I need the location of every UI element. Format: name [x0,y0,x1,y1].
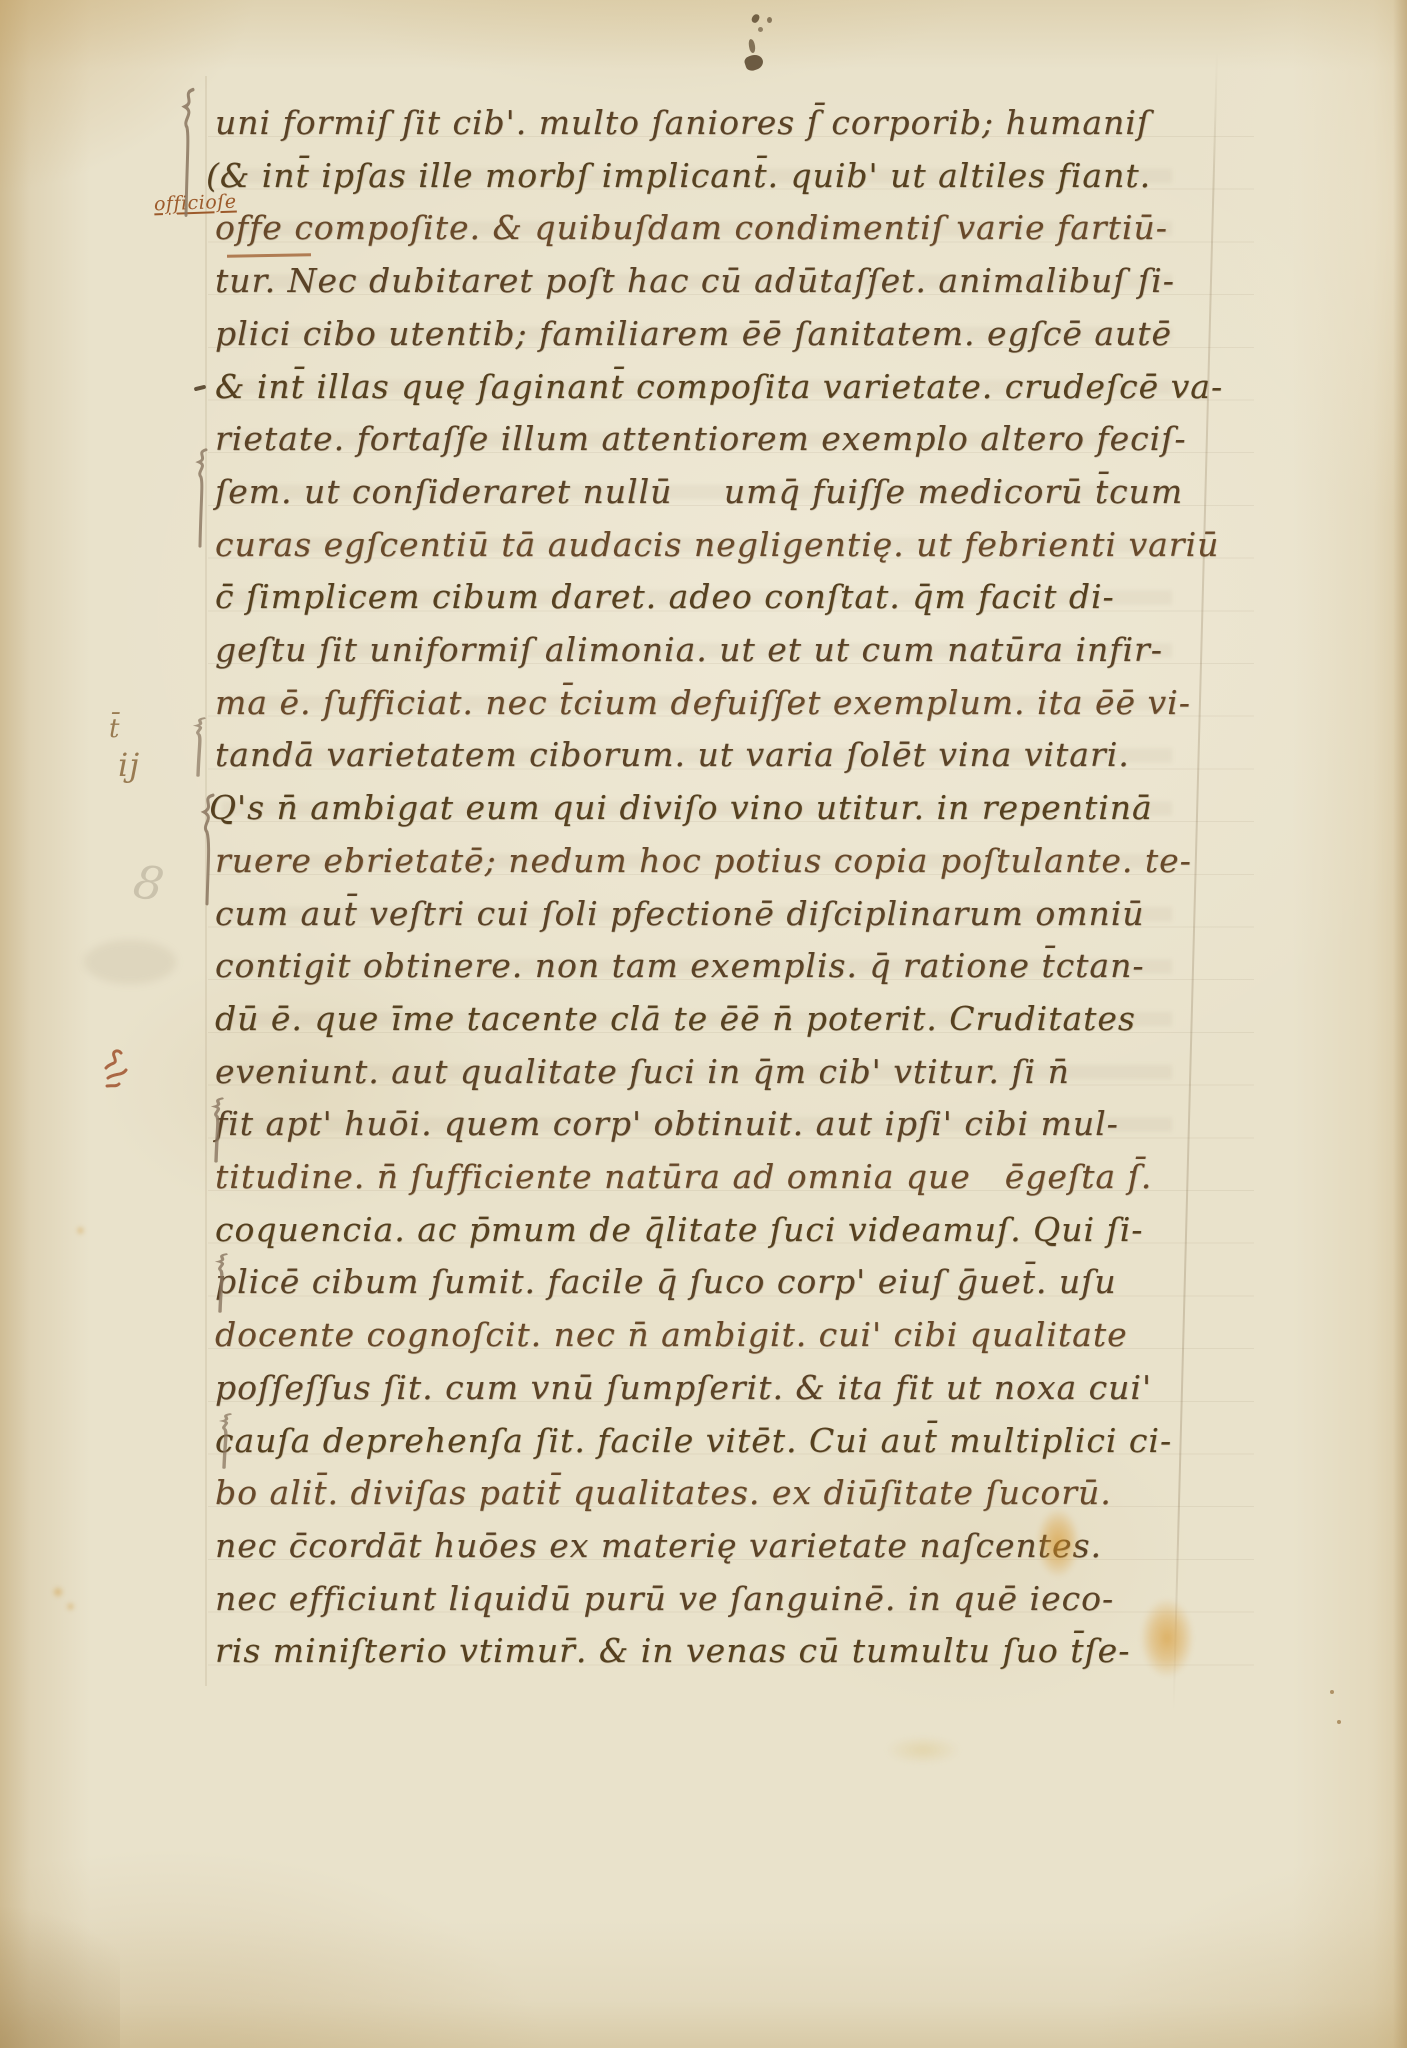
paragraph-mark-icon [210,1252,234,1314]
text-line: cum aut̄ veſtri cui ſoli pfectionē diſci… [215,891,1145,937]
manuscript-page: uni formiſ ſit cib'. multo ſaniores ſ̄ c… [0,0,1407,2048]
text-line: bo alit̄. diviſas patit̄ qualitates. ex … [215,1470,1112,1516]
text-line: tandā varietatem ciborum. ut varia ſolēt… [215,732,1130,778]
text-line: plicē cibum ſumit. facile q̄ ſuco corp' … [215,1259,1117,1305]
page-edge-shading [1393,0,1407,2048]
text-line: uni formiſ ſit cib'. multo ſaniores ſ̄ c… [215,100,1150,146]
stain [76,1226,85,1235]
text-line: ma ē. ſufficiat. nec t̄cium defuiſſet ex… [215,680,1191,726]
text-line: tur. Nec dubitaret poſt hac cū adūtaſſet… [215,258,1175,304]
text-line: & int̄ illas quę ſaginant̄ compoſita var… [215,364,1223,410]
text-line: nec efficiunt liquidū purū ve ſanguinē. … [215,1576,1114,1622]
text-line: geſtu ſit uniformiſ alimonia. ut et ut c… [215,627,1163,673]
text-line: Q's n̄ ambigat eum qui diviſo vino utitu… [209,785,1153,831]
text-line: titudine. n̄ ſufficiente natūra ad omnia… [215,1154,1152,1200]
text-line: ris miniſterio vtimur̄. & in venas cū tu… [215,1628,1130,1674]
margin-doodle: 8 [130,854,168,912]
text-line: coquencia. ac p̄mum de q̄litate ſuci vid… [215,1207,1143,1253]
margin-dash-mark [194,385,207,392]
text-line: plici cibo utentib; familiarem ēē ſanita… [215,311,1172,357]
margin-note: t̄ [109,716,120,742]
ink-blot [736,8,786,78]
paragraph-mark-icon [206,1096,230,1164]
paragraph-mark-icon [176,86,200,220]
stain [1140,1598,1194,1678]
page-corner-shading [0,1860,120,2048]
text-line: c̄ ſimplicem cibum daret. adeo conſtat. … [215,574,1115,620]
speck [1337,1720,1341,1724]
text-line: offe compoſite. & quibuſdam condimentiſ … [215,205,1168,251]
margin-note: ij [118,752,140,778]
text-line: contigit obtinere. non tam exemplis. q̄ … [215,943,1145,989]
text-line: cauſa deprehenſa ſit. facile vitēt. Cui … [215,1418,1172,1464]
speck [1330,1690,1334,1694]
text-line: dū ē. que īme tacente clā te ēē n̄ poter… [215,996,1136,1042]
text-line: poſſeſſus ſit. cum vnū ſumpſerit. & ita … [215,1365,1152,1411]
text-line: curas egſcentiū tā audacis negligentię. … [215,522,1219,568]
text-line: docente cognoſcit. nec n̄ ambigit. cui' … [215,1312,1128,1358]
text-line: rietate. fortaſſe illum attentiorem exem… [215,416,1187,462]
paragraph-mark-icon [190,446,214,550]
paragraph-mark-icon [214,1412,238,1470]
paragraph-mark-icon [188,716,212,778]
margin-smudge [84,940,176,984]
paragraph-mark-icon [196,792,220,908]
text-line: (& int̄ ipſas ille morbſ implicant̄. qui… [206,153,1151,199]
text-line: ruere ebrietatē; nedum hoc potius copia … [215,838,1192,884]
text-line: fit apt' huōi. quem corp' obtinuit. aut … [215,1101,1119,1147]
text-line: nec c̄cordāt huōes ex materię varietate … [215,1523,1102,1569]
margin-scribble-icon [98,1046,134,1094]
text-line: ſem. ut conſideraret nullū umq̄ fuiſſe m… [215,469,1183,515]
gloss-underline [227,253,311,257]
text-line: eveniunt. aut qualitate ſuci in q̄m cib'… [215,1049,1070,1095]
stain [886,1736,960,1764]
stain [52,1586,64,1598]
stain [66,1602,75,1611]
